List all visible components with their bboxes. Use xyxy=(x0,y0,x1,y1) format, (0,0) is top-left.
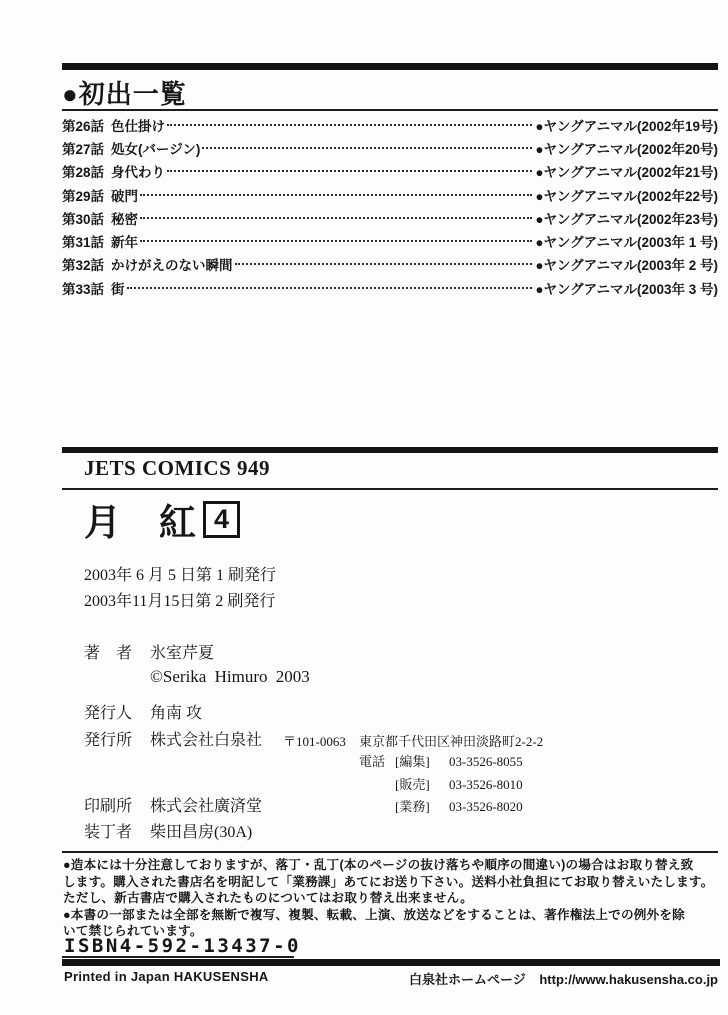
phone-row: 電話 [編集] 03-3526-8055 xyxy=(359,751,523,774)
chapter-title: 色仕掛け xyxy=(111,115,165,135)
phone-row: [販売] 03-3526-8010 xyxy=(359,774,523,797)
chapter-row: 第27話 処女(バージン) ●ヤングアニマル(2002年20号) xyxy=(62,136,718,159)
title-char-1: 月 xyxy=(84,492,123,546)
footer-bar xyxy=(62,959,720,966)
phone-label-spacer xyxy=(359,796,395,819)
phone-label-spacer xyxy=(359,774,395,797)
publisher-homepage: 白泉社ホームページ http://www.hakusensha.co.jp xyxy=(409,969,718,988)
chapter-number: 第26話 xyxy=(62,115,104,135)
chapter-row: 第29話 破門 ●ヤングアニマル(2002年22号) xyxy=(62,183,718,206)
chapter-number: 第33話 xyxy=(62,278,104,298)
chapter-row: 第30話 秘密 ●ヤングアニマル(2002年23号) xyxy=(62,206,718,229)
author-label: 著 者 xyxy=(84,640,150,663)
publisher-label: 発行所 xyxy=(84,727,150,750)
chapter-source: ●ヤングアニマル(2002年22号) xyxy=(535,185,718,205)
chapter-title: 新年 xyxy=(111,231,138,251)
designer-label: 装丁者 xyxy=(84,819,150,842)
author-row: 著 者 氷室芹夏 xyxy=(84,640,214,663)
isbn-underline xyxy=(62,956,294,958)
phone-block: 電話 [編集] 03-3526-8055 [販売] 03-3526-8010 [… xyxy=(359,751,523,819)
chapter-number: 第27話 xyxy=(62,138,104,158)
chapter-title: かけがえのない瞬間 xyxy=(111,254,233,274)
issuer-name: 角南 攻 xyxy=(150,700,202,723)
phone-label: 電話 xyxy=(359,751,395,774)
phone-number: 03-3526-8020 xyxy=(449,796,523,819)
legal-line: ただし、新古書店で購入されたものについてはお取り替え出来ません。 xyxy=(63,890,719,907)
chapter-number: 第28話 xyxy=(62,161,104,181)
heading-rule xyxy=(62,109,718,111)
printer-name: 株式会社廣済堂 xyxy=(150,793,262,816)
legal-line: ●造本には十分注意しておりますが、落丁・乱丁(本のページの抜け落ちや順序の間違い… xyxy=(63,857,719,874)
homepage-label: 白泉社ホームページ xyxy=(409,972,526,987)
chapter-row: 第31話 新年 ●ヤングアニマル(2003年 1 号) xyxy=(62,229,718,252)
series-top-bar xyxy=(62,447,718,453)
chapter-title: 破門 xyxy=(111,185,138,205)
chapter-list: 第26話 色仕掛け ●ヤングアニマル(2002年19号) 第27話 処女(バージ… xyxy=(62,113,718,299)
legal-notice: ●造本には十分注意しておりますが、落丁・乱丁(本のページの抜け落ちや順序の間違い… xyxy=(63,857,719,940)
dot-leader xyxy=(167,124,532,126)
homepage-url: http://www.hakusensha.co.jp xyxy=(539,972,718,987)
legal-line: ●本書の一部または全部を無断で複写、複製、転載、上演、放送などをすることは、著作… xyxy=(63,907,719,924)
chapter-row: 第32話 かけがえのない瞬間 ●ヤングアニマル(2003年 2 号) xyxy=(62,253,718,276)
dot-leader xyxy=(235,263,533,265)
series-label: JETS COMICS 949 xyxy=(84,456,270,481)
legal-rule xyxy=(62,851,718,853)
issuer-row: 発行人 角南 攻 xyxy=(84,700,202,723)
phone-number: 03-3526-8010 xyxy=(449,774,523,797)
first-printing-date: 2003年 6 月 5 日第 1 刷発行 xyxy=(84,563,276,589)
postal-code: 〒101-0063 xyxy=(283,731,346,750)
chapter-row: 第28話 身代わり ●ヤングアニマル(2002年21号) xyxy=(62,160,718,183)
dot-leader xyxy=(140,240,532,242)
chapter-number: 第29話 xyxy=(62,185,104,205)
chapter-row: 第26話 色仕掛け ●ヤングアニマル(2002年19号) xyxy=(62,113,718,136)
legal-line: します。購入された書店名を明記して「業務課」あてにお送り下さい。送料小社負担にて… xyxy=(63,874,719,891)
author-name: 氷室芹夏 xyxy=(150,640,214,663)
phone-number: 03-3526-8055 xyxy=(449,751,523,774)
top-divider-bar xyxy=(62,63,718,70)
book-title: 月 紅 4 xyxy=(84,492,240,546)
issuer-label: 発行人 xyxy=(84,700,150,723)
chapter-title: 処女(バージン) xyxy=(111,138,200,158)
dot-leader xyxy=(127,287,533,289)
isbn-number: ISBN4-592-13437-0 xyxy=(64,935,301,957)
printing-dates: 2003年 6 月 5 日第 1 刷発行 2003年11月15日第 2 刷発行 xyxy=(84,563,276,615)
chapter-number: 第32話 xyxy=(62,254,104,274)
chapter-source: ●ヤングアニマル(2002年19号) xyxy=(535,115,718,135)
phone-row: [業務] 03-3526-8020 xyxy=(359,796,523,819)
dot-leader xyxy=(140,217,532,219)
chapter-title: 街 xyxy=(111,278,125,298)
dot-leader xyxy=(167,170,532,172)
phone-dept: [業務] xyxy=(395,796,449,819)
chapter-title: 身代わり xyxy=(111,161,165,181)
phone-dept: [販売] xyxy=(395,774,449,797)
dot-leader xyxy=(140,194,532,196)
phone-dept: [編集] xyxy=(395,751,449,774)
dot-leader xyxy=(202,147,532,149)
title-char-2: 紅 xyxy=(159,492,198,546)
designer-name: 柴田昌房(30A) xyxy=(150,819,252,842)
chapter-source: ●ヤングアニマル(2003年 2 号) xyxy=(535,254,718,274)
chapter-source: ●ヤングアニマル(2003年 1 号) xyxy=(535,231,718,251)
publisher-name: 株式会社白泉社 xyxy=(150,727,262,750)
chapter-source: ●ヤングアニマル(2002年21号) xyxy=(535,161,718,181)
chapter-title: 秘密 xyxy=(111,208,138,228)
copyright-line: ©Serika Himuro 2003 xyxy=(150,667,310,687)
series-rule xyxy=(62,488,718,490)
chapter-source: ●ヤングアニマル(2002年23号) xyxy=(535,208,718,228)
chapter-source: ●ヤングアニマル(2003年 3 号) xyxy=(535,278,718,298)
designer-row: 装丁者 柴田昌房(30A) xyxy=(84,819,252,842)
chapter-row: 第33話 街 ●ヤングアニマル(2003年 3 号) xyxy=(62,276,718,299)
volume-number-box: 4 xyxy=(203,501,240,538)
second-printing-date: 2003年11月15日第 2 刷発行 xyxy=(84,589,276,615)
publisher-row: 発行所 株式会社白泉社 xyxy=(84,727,262,750)
chapter-number: 第30話 xyxy=(62,208,104,228)
first-publication-heading: ●初出一覧 xyxy=(62,74,187,111)
printed-in-japan-label: Printed in Japan HAKUSENSHA xyxy=(64,969,269,984)
chapter-number: 第31話 xyxy=(62,231,104,251)
colophon-page: ●初出一覧 第26話 色仕掛け ●ヤングアニマル(2002年19号) 第27話 … xyxy=(0,0,728,1015)
printer-label: 印刷所 xyxy=(84,793,150,816)
publisher-address: 東京都千代田区神田淡路町2-2-2 xyxy=(359,731,543,750)
printer-row: 印刷所 株式会社廣済堂 xyxy=(84,793,262,816)
chapter-source: ●ヤングアニマル(2002年20号) xyxy=(535,138,718,158)
